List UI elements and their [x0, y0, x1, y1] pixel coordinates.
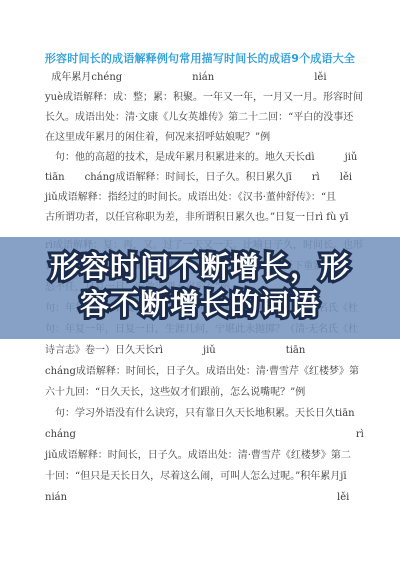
article-line: yuè成语解释：成：整；累：积聚。一年又一年，一月又一月。形容时间 [45, 88, 360, 108]
watermark-banner: 形容时间不断增长，形 形容时间不断增长，形 容不断增长的词语 容不断增长的词语 [0, 237, 400, 339]
page-title[interactable]: 形容时间长的成语解释例句常用描写时间长的成语9个成语大全 [0, 50, 400, 66]
article-line: 六十九回：“日久天长，这些奴才们跟前，怎么说嘴呢？”例 [45, 382, 360, 403]
article-page: 形容时间长的成语解释例句常用描写时间长的成语9个成语大全 成年累月chéng n… [0, 0, 400, 566]
article-line: nián lěi [45, 487, 360, 508]
banner-text-line-1: 形容时间不断增长，形 形容时间不断增长，形 [50, 249, 350, 286]
article-line: 古所谓功者，以任官称职为差，非所谓积日累久也。”日复一日rì fù yī [45, 208, 360, 228]
banner-text: 形容时间不断增长，形 [50, 250, 350, 284]
article-line: jiǔ成语解释：时间长，日子久。成语出处：清·曹雪芹《红楼梦》第二 [45, 445, 360, 466]
article-line: tiān cháng成语解释：时间长，日子久。积日累久jī rì lěi [45, 168, 360, 188]
article-line: jiǔ成语解释：指经过的时间长。成语出处：《汉书·董仲舒传》：“且 [45, 188, 360, 208]
article-line: cháng rì [45, 424, 360, 445]
article-line: 句：学习外语没有什么诀窍，只有靠日久天长地积累。天长日久tiān [45, 403, 360, 424]
article-text-top: 成年累月chéng nián lěi yuè成语解释：成：整；累：积聚。一年又一… [45, 68, 360, 228]
article-line: 十回：“但只是天长日久，尽着这么闹，可叫人怎么过呢。”积年累月jī [45, 466, 360, 487]
banner-text-line-2: 容不断增长的词语 容不断增长的词语 [80, 286, 320, 323]
article-line: 在这里成年累月的闲住着，何况来招呼姑娘呢？”例 [45, 128, 360, 148]
article-line: 句：他的高超的技术，是成年累月积累进来的。地久天长dì jiǔ [45, 148, 360, 168]
article-line: cháng成语解释：时间长，日子久。成语出处：清·曹雪芹《红楼梦》第 [45, 361, 360, 382]
article-line: 诗言志》卷一）日久天长rì jiǔ tiān [45, 340, 360, 361]
banner-text: 容不断增长的词语 [80, 287, 320, 321]
article-line: 成年累月chéng nián lěi [45, 68, 360, 88]
article-line: 长久。成语出处：清·文康《儿女英雄传》第二十二回：“平白的没事还 [45, 108, 360, 128]
